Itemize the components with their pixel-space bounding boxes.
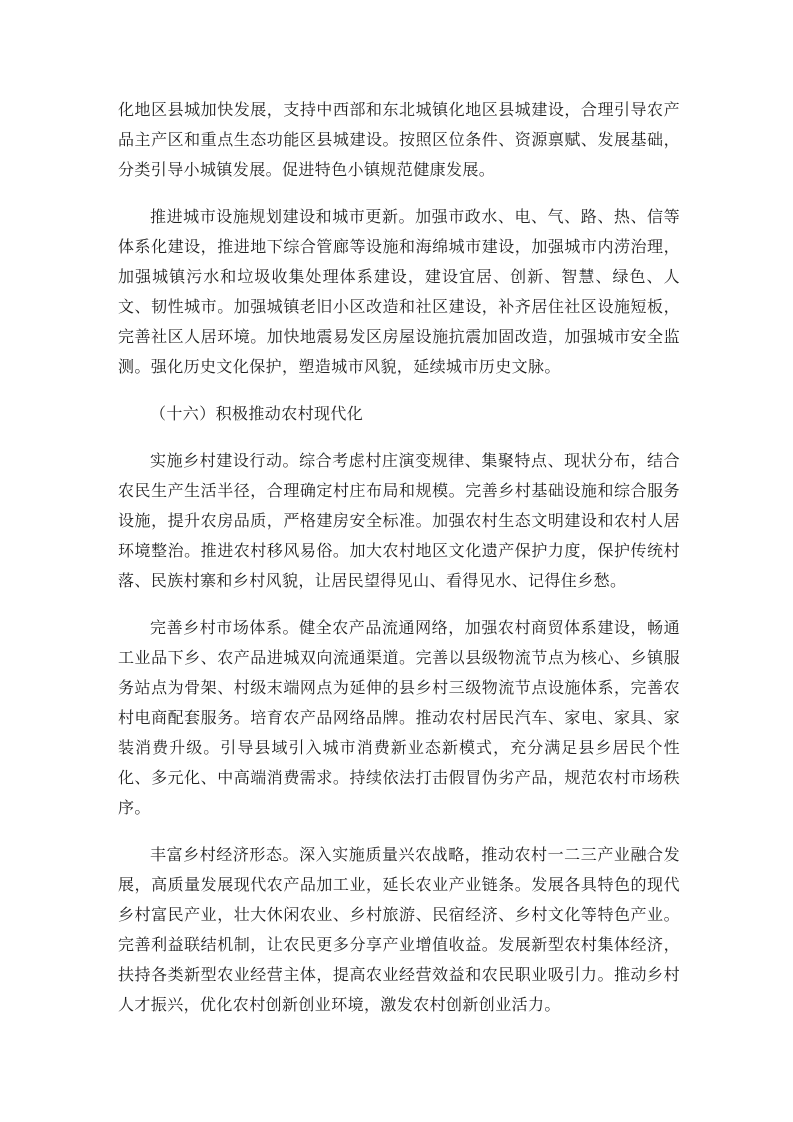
document-page: 化地区县城加快发展，支持中西部和东北城镇化地区县城建设，合理引导农产品主产区和重… <box>0 0 793 1122</box>
paragraph-rural-market-system: 完善乡村市场体系。健全农产品流通网络，加强农村商贸体系建设，畅通工业品下乡、农产… <box>118 614 680 824</box>
paragraph-countycity-development: 化地区县城加快发展，支持中西部和东北城镇化地区县城建设，合理引导农产品主产区和重… <box>118 96 680 186</box>
paragraph-urban-facilities-renewal: 推进城市设施规划建设和城市更新。加强市政水、电、气、路、热、信等体系化建设，推进… <box>118 203 680 383</box>
paragraph-rural-economy-forms: 丰富乡村经济形态。深入实施质量兴农战略，推动农村一二三产业融合发展，高质量发展现… <box>118 841 680 1021</box>
section-heading-rural-modernization: （十六）积极推动农村现代化 <box>118 400 680 430</box>
paragraph-rural-construction-action: 实施乡村建设行动。综合考虑村庄演变规律、集聚特点、现状分布，结合农民生产生活半径… <box>118 447 680 597</box>
document-content: 化地区县城加快发展，支持中西部和东北城镇化地区县城建设，合理引导农产品主产区和重… <box>118 96 680 1038</box>
